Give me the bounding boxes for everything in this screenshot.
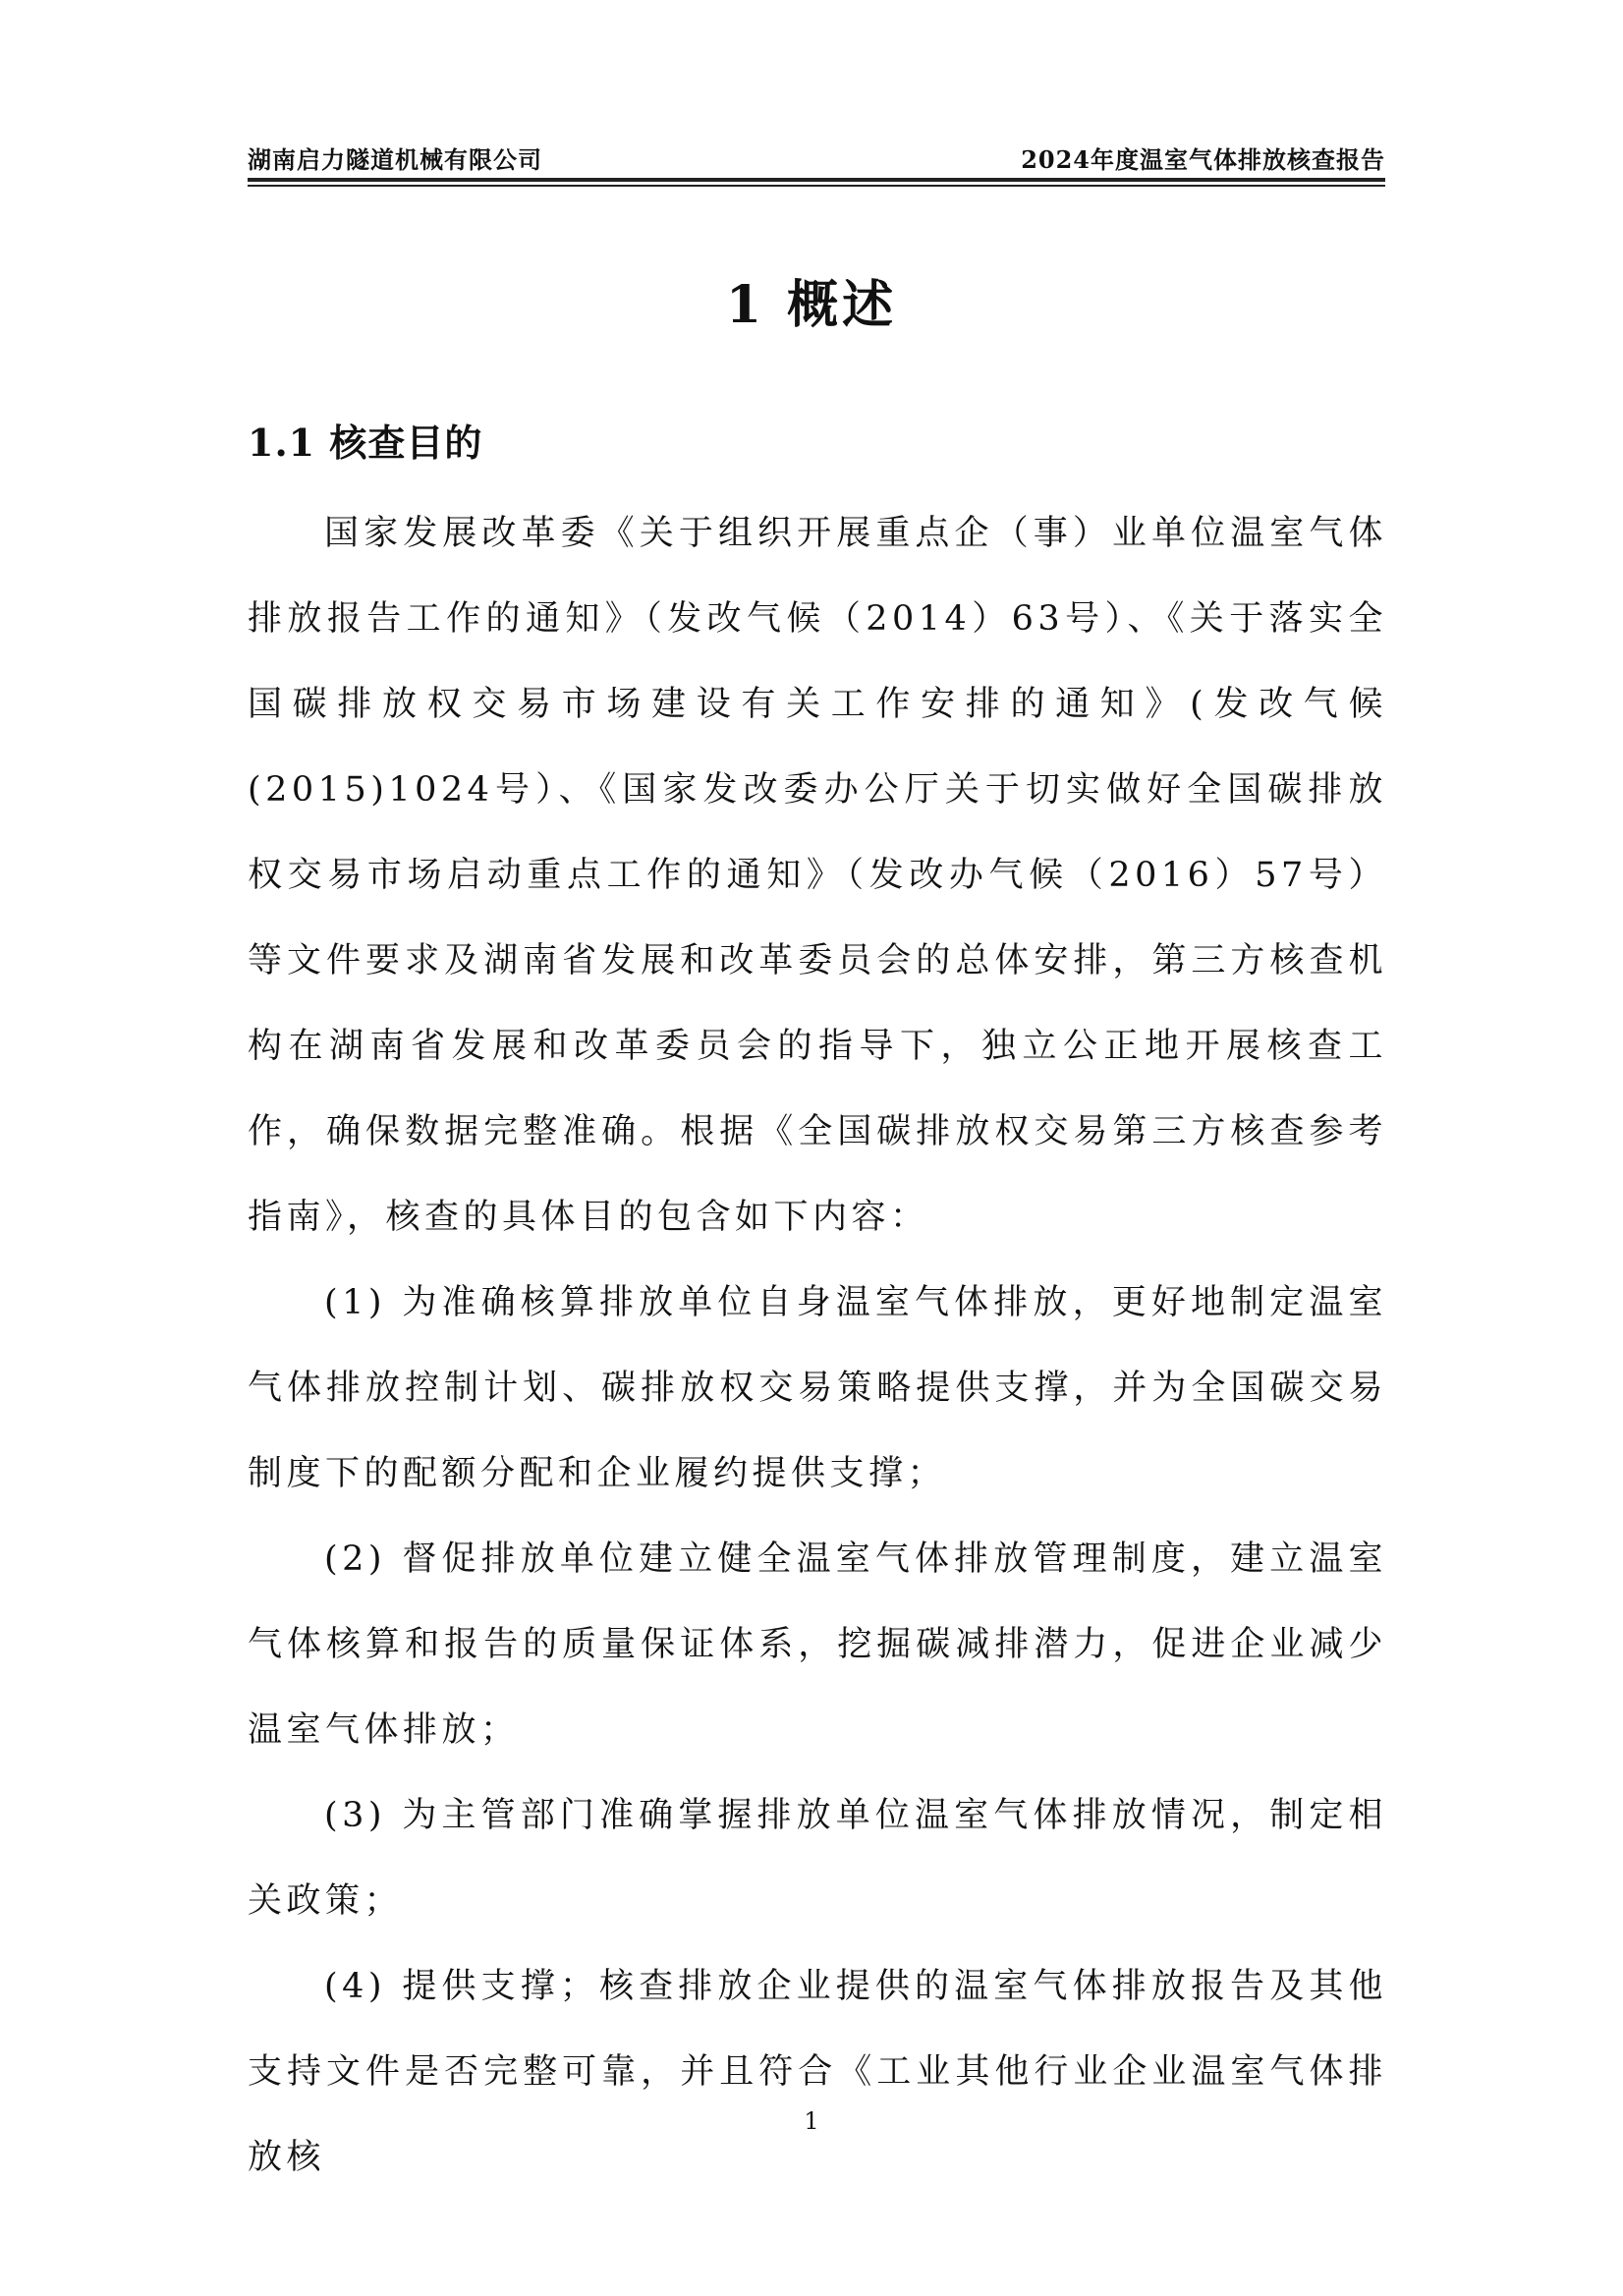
section-title: 1.1 核查目的 xyxy=(248,413,482,467)
paragraph-item-2: (2) 督促排放单位建立健全温室气体排放管理制度，建立温室气体核算和报告的质量保… xyxy=(248,1517,1387,1773)
chapter-title: 1 概述 xyxy=(0,263,1623,337)
paragraph-item-1: (1) 为准确核算排放单位自身温室气体排放，更好地制定温室气体排放控制计划、碳排… xyxy=(248,1260,1387,1517)
paragraph-intro: 国家发展改革委《关于组织开展重点企（事）业单位温室气体排放报告工作的通知》（发改… xyxy=(248,491,1387,1260)
body-text: 国家发展改革委《关于组织开展重点企（事）业单位温室气体排放报告工作的通知》（发改… xyxy=(248,491,1387,2201)
header-divider-thin xyxy=(248,185,1385,187)
header-report-title: 2024年度温室气体排放核查报告 xyxy=(1021,140,1385,175)
header-company-name: 湖南启力隧道机械有限公司 xyxy=(248,140,542,175)
page-header: 湖南启力隧道机械有限公司 2024年度温室气体排放核查报告 xyxy=(248,136,1385,175)
paragraph-item-3: (3) 为主管部门准确掌握排放单位温室气体排放情况，制定相关政策； xyxy=(248,1773,1387,1944)
paragraph-item-4: (4) 提供支撑；核查排放企业提供的温室气体排放报告及其他支持文件是否完整可靠，… xyxy=(248,1944,1387,2201)
page-number: 1 xyxy=(0,2107,1623,2135)
header-divider-thick xyxy=(248,178,1385,182)
